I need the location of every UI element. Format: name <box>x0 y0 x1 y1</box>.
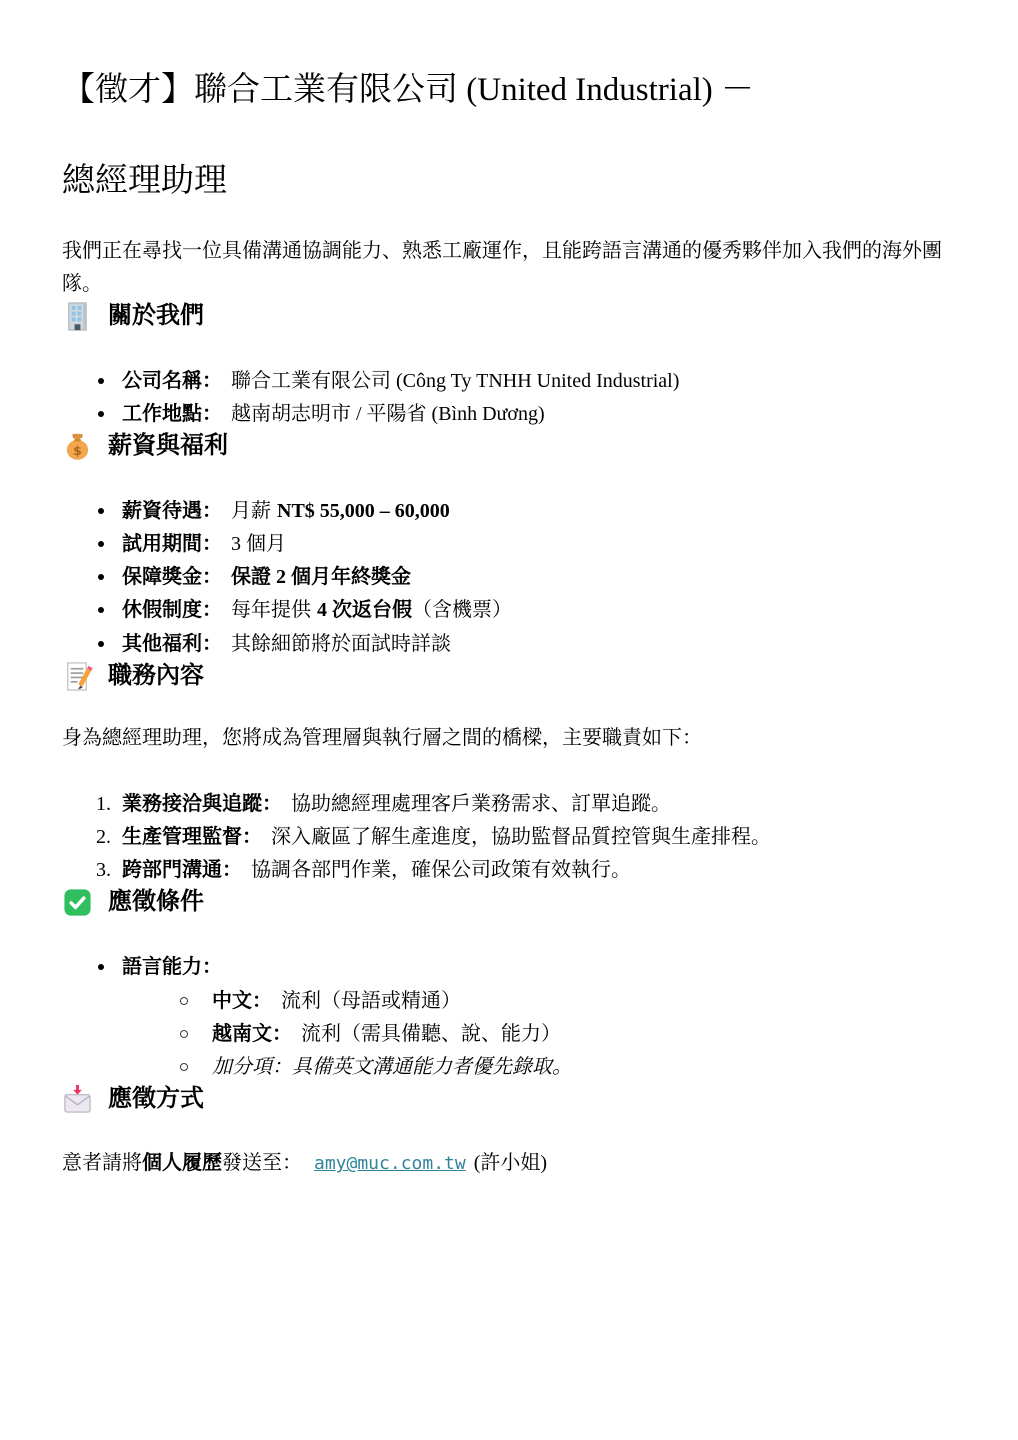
sub-item-vietnamese: 越南文：流利（需具備聽、說、能力） <box>178 1018 956 1051</box>
bonus-note: 加分項：具備英文溝通能力者優先錄取。 <box>212 1056 572 1078</box>
list-item-company: 公司名稱：聯合工業有限公司 (Công Ty TNHH United Indus… <box>96 365 956 398</box>
pay-prefix: 月薪 <box>231 500 271 522</box>
duties-lead: 身為總經理助理，您將成為管理層與執行層之間的橋樑，主要職責如下： <box>62 722 956 755</box>
duty-item-3: 3.跨部門溝通：協調各部門作業，確保公司政策有效執行。 <box>96 854 956 887</box>
vietnamese-value: 流利（需具備聽、說、能力） <box>301 1023 561 1045</box>
section-salary-heading: 薪資與福利 <box>108 432 228 461</box>
check-icon <box>62 887 93 918</box>
section-duties: 職務內容 身為總經理助理，您將成為管理層與執行層之間的橋樑，主要職責如下： 1.… <box>62 661 956 888</box>
list-item-leave: 休假制度：每年提供4 次返台假（含機票） <box>96 594 956 627</box>
duty-item-2: 2.生產管理監督：深入廠區了解生產進度，協助監督品質控管與生產排程。 <box>96 821 956 854</box>
other-label: 其他福利： <box>122 633 222 655</box>
list-item-bonus: 保障獎金：保證 2 個月年終獎金 <box>96 561 956 594</box>
salary-list: 薪資待遇：月薪NT$ 55,000 – 60,000 試用期間：3 個月 保障獎… <box>62 495 956 661</box>
bonus-value: 保證 2 個月年終獎金 <box>231 566 411 588</box>
chinese-value: 流利（母語或精通） <box>281 990 461 1012</box>
apply-contact-name: (許小姐) <box>474 1152 547 1174</box>
leave-label: 休假制度： <box>122 599 222 621</box>
pay-amount: NT$ 55,000 – 60,000 <box>277 500 450 522</box>
duty-number: 2. <box>96 821 122 854</box>
section-requirements-header: 應徵條件 <box>62 887 956 918</box>
duty-number: 3. <box>96 854 122 887</box>
sub-item-chinese: 中文：流利（母語或精通） <box>178 985 956 1018</box>
section-salary-header: $ 薪資與福利 <box>62 431 956 462</box>
duty-label: 跨部門溝通： <box>122 859 242 881</box>
section-apply-heading: 應徵方式 <box>108 1085 204 1114</box>
requirements-list: 語言能力： 中文：流利（母語或精通） 越南文：流利（需具備聽、說、能力） 加分項… <box>62 951 956 1084</box>
pay-label: 薪資待遇： <box>122 500 222 522</box>
svg-text:$: $ <box>73 443 82 458</box>
probation-label: 試用期間： <box>122 533 222 555</box>
list-item-location: 工作地點：越南胡志明市 / 平陽省 (Bình Dương) <box>96 398 956 431</box>
leave-prefix: 每年提供 <box>231 599 311 621</box>
memo-icon <box>62 661 93 692</box>
sub-item-bonus-note: 加分項：具備英文溝通能力者優先錄取。 <box>178 1051 956 1084</box>
section-apply-header: 應徵方式 <box>62 1084 956 1115</box>
envelope-arrow-icon <box>62 1084 93 1115</box>
title-line-1: 【徵才】聯合工業有限公司 (United Industrial) － <box>62 70 956 111</box>
duty-text: 深入廠區了解生產進度，協助監督品質控管與生產排程。 <box>271 826 771 848</box>
apply-bold-text: 個人履歷 <box>142 1152 222 1174</box>
apply-instruction: 意者請將個人履歷發送至：amy@muc.com.tw(許小姐) <box>62 1147 956 1180</box>
vietnamese-label: 越南文： <box>212 1023 292 1045</box>
language-label: 語言能力： <box>122 956 222 978</box>
duties-list: 1.業務接洽與追蹤：協助總經理處理客戶業務需求、訂單追蹤。 2.生產管理監督：深… <box>62 788 956 888</box>
location-value: 越南胡志明市 / 平陽省 (Bình Dương) <box>231 403 545 425</box>
money-bag-icon: $ <box>62 431 93 462</box>
list-item-other: 其他福利：其餘細節將於面試時詳談 <box>96 628 956 661</box>
leave-suffix: （含機票） <box>412 599 512 621</box>
duty-label: 生產管理監督： <box>122 826 262 848</box>
section-duties-heading: 職務內容 <box>108 662 204 691</box>
list-item-language: 語言能力： 中文：流利（母語或精通） 越南文：流利（需具備聽、說、能力） 加分項… <box>96 951 956 1084</box>
about-list: 公司名稱：聯合工業有限公司 (Công Ty TNHH United Indus… <box>62 365 956 431</box>
section-requirements: 應徵條件 語言能力： 中文：流利（母語或精通） 越南文：流利（需具備聽、說、能力… <box>62 887 956 1084</box>
section-apply: 應徵方式 意者請將個人履歷發送至：amy@muc.com.tw(許小姐) <box>62 1084 956 1180</box>
list-item-probation: 試用期間：3 個月 <box>96 528 956 561</box>
office-building-icon <box>62 301 93 332</box>
section-requirements-heading: 應徵條件 <box>108 888 204 917</box>
email-link[interactable]: amy@muc.com.tw <box>314 1153 466 1174</box>
section-duties-header: 職務內容 <box>62 661 956 692</box>
other-value: 其餘細節將於面試時詳談 <box>231 633 451 655</box>
language-sublist: 中文：流利（母語或精通） 越南文：流利（需具備聽、說、能力） 加分項：具備英文溝… <box>122 985 956 1085</box>
page-title: 【徵才】聯合工業有限公司 (United Industrial) － 總經理助理 <box>62 70 956 203</box>
duty-label: 業務接洽與追蹤： <box>122 793 282 815</box>
section-about-heading: 關於我們 <box>108 302 204 331</box>
list-item-pay: 薪資待遇：月薪NT$ 55,000 – 60,000 <box>96 495 956 528</box>
leave-bold: 4 次返台假 <box>317 599 412 621</box>
chinese-label: 中文： <box>212 990 272 1012</box>
duty-text: 協調各部門作業，確保公司政策有效執行。 <box>251 859 631 881</box>
apply-pre-text: 意者請將 <box>62 1152 142 1174</box>
apply-mid-text: 發送至： <box>222 1152 302 1174</box>
probation-value: 3 個月 <box>231 533 286 555</box>
title-line-2: 總經理助理 <box>62 161 956 202</box>
location-label: 工作地點： <box>122 403 222 425</box>
section-salary: $ 薪資與福利 薪資待遇：月薪NT$ 55,000 – 60,000 試用期間：… <box>62 431 956 661</box>
bonus-label: 保障獎金： <box>122 566 222 588</box>
duty-text: 協助總經理處理客戶業務需求、訂單追蹤。 <box>291 793 671 815</box>
company-label: 公司名稱： <box>122 370 222 392</box>
section-about: 關於我們 公司名稱：聯合工業有限公司 (Công Ty TNHH United … <box>62 301 956 431</box>
section-about-header: 關於我們 <box>62 301 956 332</box>
duty-item-1: 1.業務接洽與追蹤：協助總經理處理客戶業務需求、訂單追蹤。 <box>96 788 956 821</box>
document-page: 【徵才】聯合工業有限公司 (United Industrial) － 總經理助理… <box>0 0 1018 1180</box>
duty-number: 1. <box>96 788 122 821</box>
intro-paragraph: 我們正在尋找一位具備溝通協調能力、熟悉工廠運作，且能跨語言溝通的優秀夥伴加入我們… <box>62 235 956 301</box>
company-value: 聯合工業有限公司 (Công Ty TNHH United Industrial… <box>231 370 679 392</box>
